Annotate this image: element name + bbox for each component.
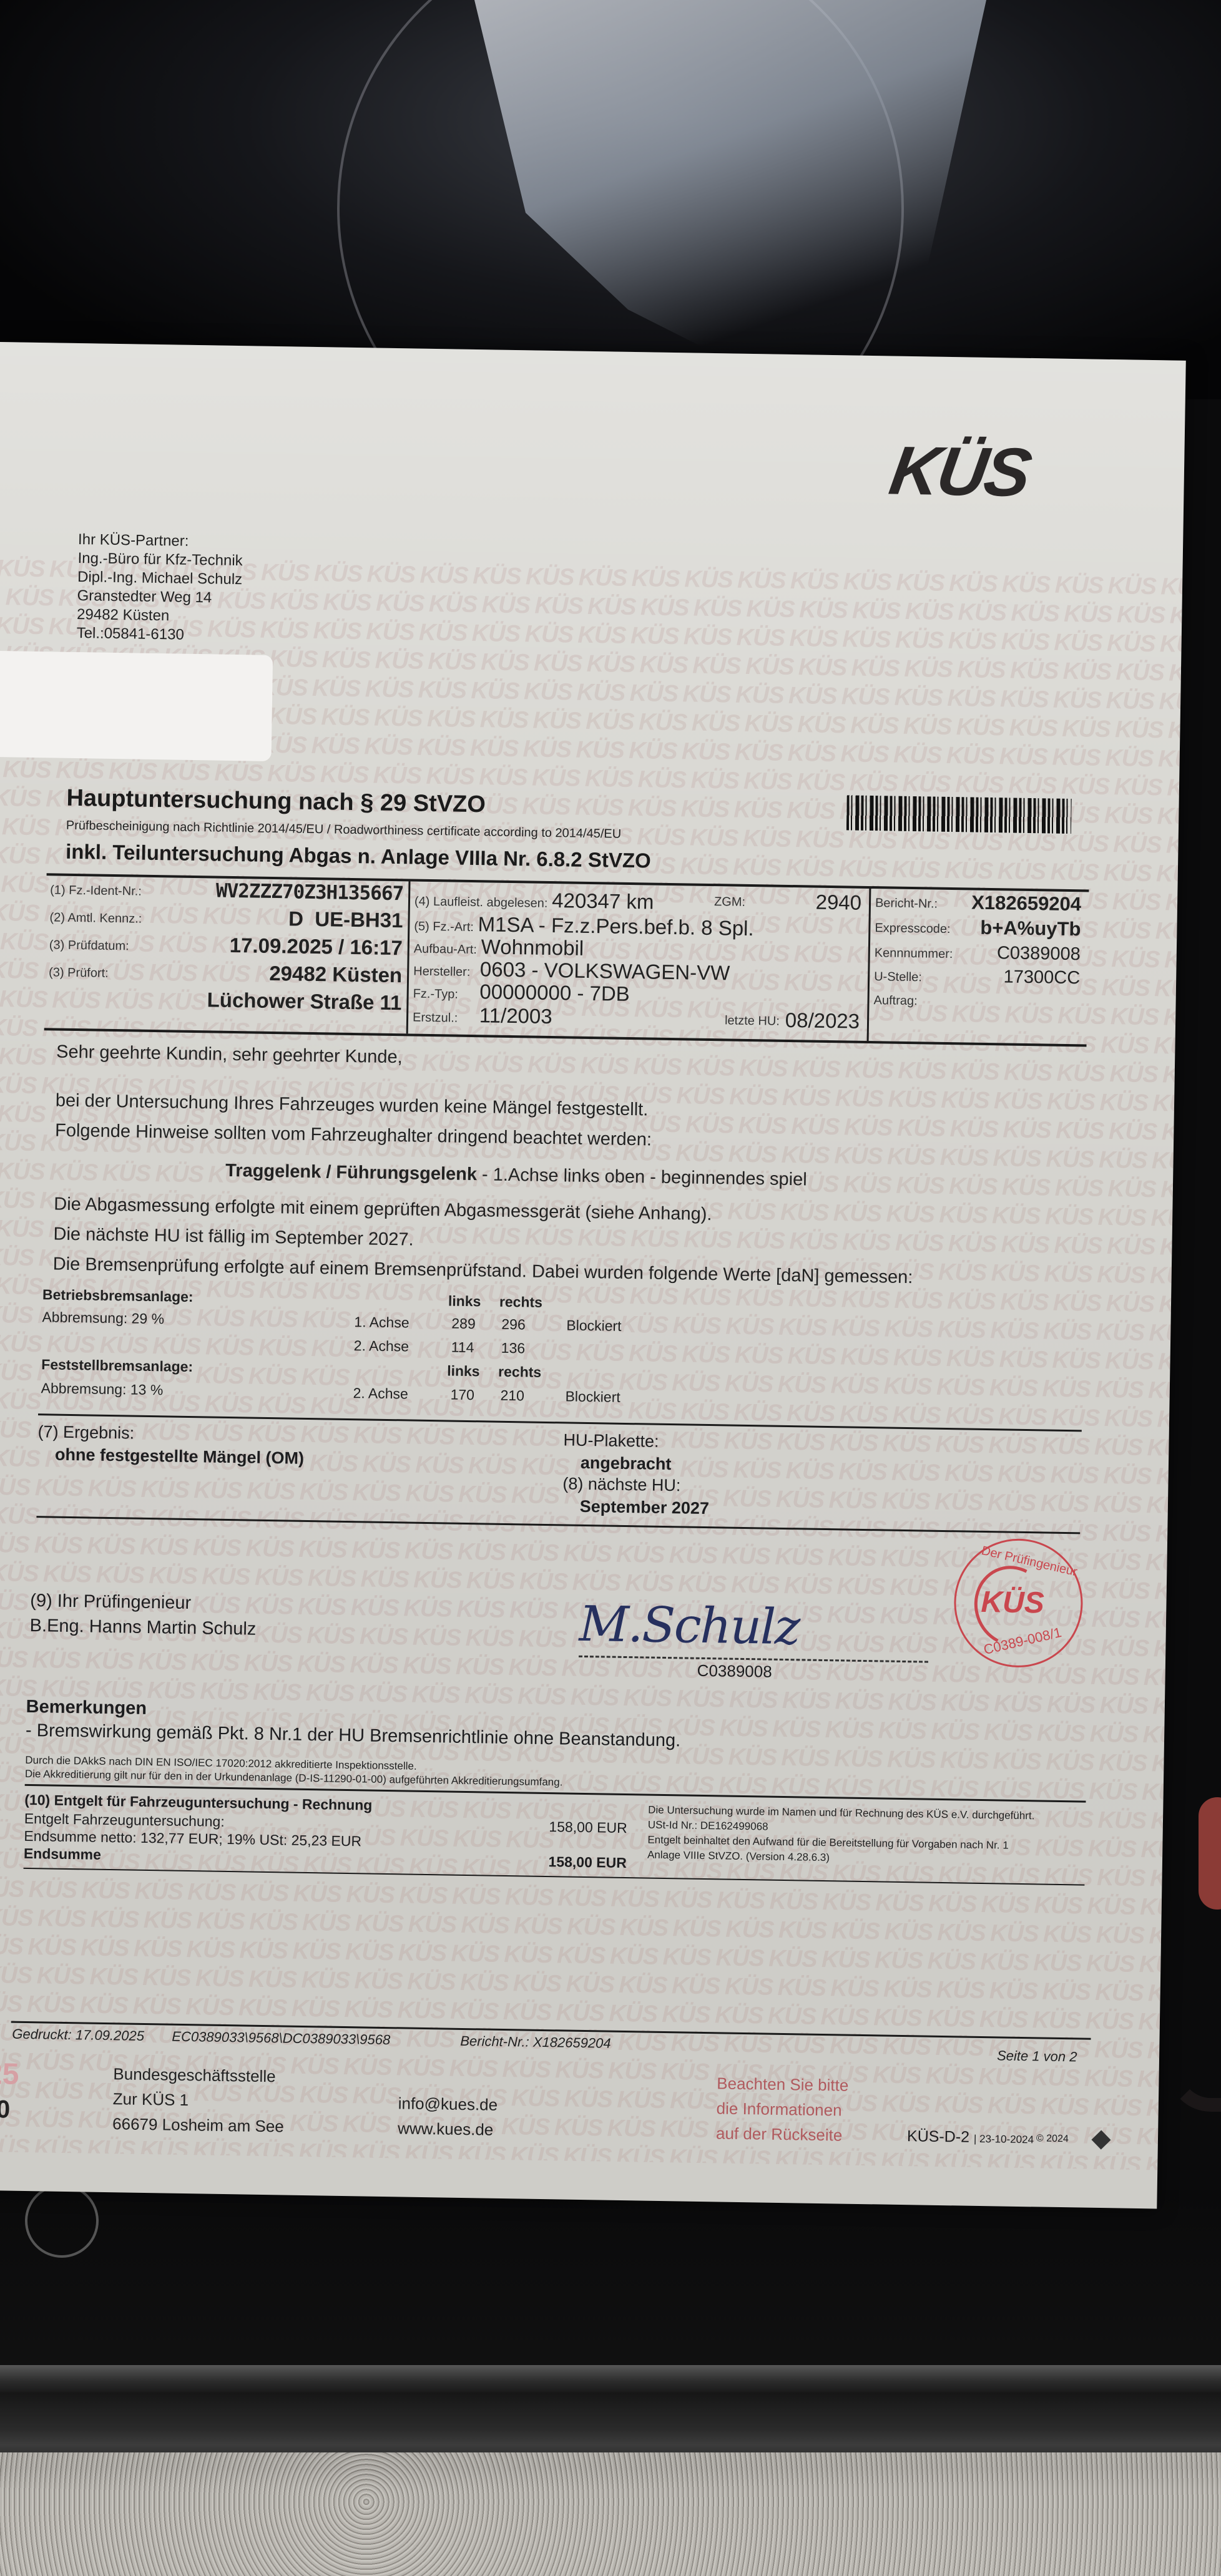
hob-edge-rail bbox=[0, 2365, 1221, 2393]
field-plate: (2) Amtl. Kennz.: D UE-BH31 bbox=[49, 908, 405, 931]
invoice-note: Anlage VIIIe StVZO. (Version 4.28.6.3) bbox=[647, 1849, 830, 1865]
office-line: 66679 Losheim am See bbox=[112, 2111, 284, 2139]
field-value: 08/2023 bbox=[785, 1008, 860, 1033]
engineer-label: (9) Ihr Prüfingenieur bbox=[30, 1591, 191, 1614]
field-inspection-place: (3) Prüfort: 29482 Küsten bbox=[49, 963, 405, 986]
result-value: ohne festgestellte Mängel (OM) bbox=[55, 1445, 304, 1468]
field-id-number: Kennnummer: C0389008 bbox=[875, 944, 1081, 964]
letter-hint: Traggelenk / Führungsgelenk - 1.Achse li… bbox=[225, 1161, 807, 1191]
hint-component: Traggelenk / Führungsgelenk bbox=[225, 1161, 477, 1184]
stamp-logo: KÜS bbox=[981, 1585, 1044, 1621]
letter-no-defects: bei der Untersuchung Ihres Fahrzeuges wu… bbox=[56, 1091, 649, 1121]
year-badge: 025 bbox=[0, 2057, 19, 2092]
invoice-vat-id: USt-Id Nr.: DE162499068 bbox=[648, 1819, 768, 1833]
form-id: KÜS-D-2 | 23-10-2024 bbox=[907, 2127, 1034, 2147]
invoice-total-label: Endsumme bbox=[24, 1845, 101, 1863]
office-line: Bundesgeschäftsstelle bbox=[113, 2061, 285, 2089]
next-inspection-label: (8) nächste HU: bbox=[562, 1474, 681, 1495]
field-value: 17300CC bbox=[1003, 967, 1080, 988]
inspection-certificate: KÜS KÜS KÜS KÜS KÜS KÜS KÜS KÜS KÜS KÜS … bbox=[0, 342, 1186, 2208]
divider bbox=[36, 1516, 1080, 1534]
engineer-name: B.Eng. Hanns Martin Schulz bbox=[29, 1616, 256, 1640]
field-inspection-date: (3) Prüfdatum: 17.09.2025 / 16:17 bbox=[49, 935, 405, 959]
field-label: Expresscode: bbox=[875, 921, 951, 936]
partner-line: Ihr KÜS-Partner: bbox=[78, 530, 243, 552]
notice-line: auf der Rückseite bbox=[716, 2120, 848, 2147]
field-value: C0389008 bbox=[997, 943, 1081, 965]
brake-value-left: 170 bbox=[450, 1387, 474, 1404]
letter-brake-test: Die Bremsenprüfung erfolgte auf einem Br… bbox=[53, 1254, 913, 1289]
field-label: (5) Fz.-Art: bbox=[414, 920, 474, 934]
field-value: WV2ZZZ70Z3H135667 bbox=[216, 880, 404, 905]
brake-axle: 2. Achse bbox=[353, 1385, 408, 1402]
cable bbox=[1167, 1735, 1221, 2112]
field-label: (3) Prüfdatum: bbox=[49, 938, 129, 953]
field-value: 2940 bbox=[815, 890, 861, 915]
result-label: (7) Ergebnis: bbox=[37, 1422, 134, 1443]
letter-next-inspection: Die nächste HU ist fällig im September 2… bbox=[53, 1224, 413, 1251]
field-label: (4) Laufleist. abgelesen: bbox=[414, 895, 548, 910]
brake-note: Blockiert bbox=[566, 1317, 622, 1334]
field-label: Auftrag: bbox=[873, 993, 917, 1008]
kus-logo: KÜS bbox=[885, 431, 1034, 512]
printed-date: Gedruckt: 17.09.2025 bbox=[12, 2026, 144, 2044]
field-label: Erstzul.: bbox=[413, 1011, 475, 1027]
column-divider bbox=[406, 881, 411, 1033]
form-date: | 23-10-2024 bbox=[974, 2133, 1034, 2146]
invoice-total-value: 158,00 EUR bbox=[502, 1853, 627, 1871]
letter-emission-test: Die Abgasmessung erfolgte mit einem gepr… bbox=[54, 1194, 712, 1226]
column-header-right: rechts bbox=[498, 1364, 541, 1381]
office-address: Bundesgeschäftsstelle Zur KÜS 1 66679 Lo… bbox=[112, 2061, 285, 2139]
column-header-right: rechts bbox=[499, 1294, 542, 1311]
partner-address: Ihr KÜS-Partner: Ing.-Büro für Kfz-Techn… bbox=[76, 530, 243, 645]
copyright: © 2024 bbox=[1036, 2133, 1069, 2145]
field-inspection-street: Lüchower Straße 11 bbox=[49, 990, 405, 996]
brake-axle: 1. Achse bbox=[354, 1314, 409, 1331]
brake-axle: 2. Achse bbox=[354, 1337, 409, 1355]
website-link[interactable]: www.kues.de bbox=[398, 2115, 498, 2142]
plakette-value: angebracht bbox=[581, 1453, 672, 1474]
brake-section-title: Feststellbremsanlage: bbox=[41, 1356, 193, 1375]
field-label: (1) Fz.-Ident-Nr.: bbox=[50, 883, 142, 898]
brake-value-left: 114 bbox=[451, 1339, 474, 1357]
redacted-recipient-address bbox=[0, 651, 273, 761]
contact-info: info@kues.de www.kues.de bbox=[398, 2091, 498, 2142]
brake-value-right: 296 bbox=[501, 1316, 526, 1334]
office-line: Zur KÜS 1 bbox=[112, 2086, 284, 2114]
invoice-fee-value: 158,00 EUR bbox=[503, 1818, 627, 1837]
field-order: Auftrag: bbox=[873, 991, 1079, 1012]
field-vehicle-type: Fz.-Typ: 00000000 - 7DB bbox=[413, 979, 630, 1006]
letter-text: Folgende Hinweise sollten vom Fahrzeugha… bbox=[55, 1121, 652, 1150]
partner-line: Tel.:05841-6130 bbox=[76, 624, 242, 645]
remarks-text: - Bremswirkung gemäß Pkt. 8 Nr.1 der HU … bbox=[26, 1720, 681, 1751]
field-label: (2) Amtl. Kennz.: bbox=[49, 910, 142, 925]
field-value: X182659204 bbox=[971, 892, 1081, 916]
field-first-registration: Erstzul.: 11/2003 letzte HU: 08/2023 bbox=[413, 1003, 863, 1033]
field-value: 00000000 - 7DB bbox=[479, 980, 630, 1005]
brake-value-right: 210 bbox=[500, 1387, 524, 1405]
notice-line: die Informationen bbox=[716, 2095, 848, 2122]
engineer-signature: M.Schulz bbox=[579, 1596, 800, 1656]
engineer-id: C0389008 bbox=[697, 1661, 772, 1682]
field-label: Aufbau-Art: bbox=[414, 942, 478, 957]
field-value: Lüchower Straße 11 bbox=[207, 988, 401, 1015]
brake-rate: Abbremsung: 13 % bbox=[41, 1380, 163, 1398]
remarks-title: Bemerkungen bbox=[26, 1697, 147, 1719]
brake-value-right: 136 bbox=[501, 1340, 526, 1357]
vehicle-data-box: (1) Fz.-Ident-Nr.: WV2ZZZ70Z3H135667 (2)… bbox=[44, 873, 1089, 1046]
field-label: Bericht-Nr.: bbox=[875, 896, 938, 911]
brake-value-left: 289 bbox=[451, 1315, 476, 1333]
field-label: ZGM: bbox=[714, 895, 745, 910]
column-divider bbox=[867, 889, 871, 1041]
notice-line: Beachten Sie bitte bbox=[717, 2071, 849, 2097]
letter-greeting: Sehr geehrte Kundin, sehr geehrter Kunde… bbox=[56, 1042, 403, 1068]
field-vin: (1) Fz.-Ident-Nr.: WV2ZZZ70Z3H135667 bbox=[50, 881, 406, 904]
partner-line: Ing.-Büro für Kfz-Technik bbox=[77, 549, 243, 570]
invoice-fee-label: Entgelt Fahrzeuguntersuchung: bbox=[24, 1810, 225, 1830]
field-express-code: Expresscode: b+A%uyTb bbox=[875, 919, 1081, 939]
field-label: (3) Prüfort: bbox=[49, 965, 109, 980]
field-value: Wohnmobil bbox=[481, 935, 584, 960]
brake-rate: Abbremsung: 29 % bbox=[42, 1309, 164, 1327]
field-value: 17.09.2025 / 16:17 bbox=[229, 934, 403, 960]
field-label: U-Stelle: bbox=[874, 970, 922, 984]
field-value: b+A%uyTb bbox=[980, 917, 1081, 941]
print-code: EC0389033\9568\DC0389033\9568 bbox=[172, 2029, 390, 2048]
field-label: letzte HU: bbox=[725, 1013, 780, 1028]
email-link[interactable]: info@kues.de bbox=[398, 2091, 498, 2117]
field-value: 29482 Küsten bbox=[269, 962, 402, 987]
backside-notice: Beachten Sie bitte die Informationen auf… bbox=[716, 2071, 849, 2147]
official-stamp: Der Prüfingenieur KÜS C0389-008/1 bbox=[953, 1538, 1084, 1668]
partner-line: Granstedter Weg 14 bbox=[77, 587, 242, 608]
hint-detail: - 1.Achse links oben - beginnendes spiel bbox=[477, 1164, 807, 1189]
field-value: 420347 km bbox=[552, 889, 654, 914]
print-report-number: Bericht-Nr.: X182659204 bbox=[460, 2033, 611, 2052]
document-title-secondary: inkl. Teiluntersuchung Abgas n. Anlage V… bbox=[66, 840, 651, 873]
document-title: Hauptuntersuchung nach § 29 StVZO bbox=[66, 785, 486, 819]
partner-line: 29482 Küsten bbox=[77, 605, 242, 627]
partner-line: Dipl.-Ing. Michael Schulz bbox=[77, 568, 243, 589]
document-subtitle: Prüfbescheinigung nach Richtlinie 2014/4… bbox=[66, 819, 622, 842]
field-inspection-station: U-Stelle: 17300CC bbox=[874, 967, 1080, 988]
countertop bbox=[0, 2452, 1221, 2576]
plakette-label: HU-Plakette: bbox=[563, 1430, 659, 1451]
hob-control-ring bbox=[25, 2184, 99, 2258]
page-indicator: Seite 1 von 2 bbox=[997, 2047, 1077, 2065]
diamond-logo-icon bbox=[1091, 2130, 1111, 2150]
field-value: 11/2003 bbox=[479, 1003, 552, 1028]
field-label: Hersteller: bbox=[413, 965, 476, 980]
field-label: Fz.-Typ: bbox=[413, 987, 475, 1003]
column-header-left: links bbox=[448, 1292, 481, 1310]
field-report-number: Bericht-Nr.: X182659204 bbox=[875, 894, 1081, 914]
field-label: Kennnummer: bbox=[875, 946, 953, 961]
letter-hints-intro: Folgende Hinweise sollten vom Fahrzeugha… bbox=[55, 1121, 652, 1151]
field-value: D UE-BH31 bbox=[288, 907, 403, 932]
brake-note: Blockiert bbox=[565, 1388, 620, 1405]
column-header-left: links bbox=[447, 1362, 480, 1380]
form-code: KÜS-D-2 bbox=[907, 2127, 969, 2146]
barcode-icon bbox=[846, 795, 1072, 834]
next-inspection-value: September 2027 bbox=[580, 1497, 710, 1518]
year-badge-secondary: 020 bbox=[0, 2095, 11, 2124]
brake-section-title: Betriebsbremsanlage: bbox=[42, 1286, 194, 1305]
cable-plug bbox=[1199, 1797, 1221, 1910]
